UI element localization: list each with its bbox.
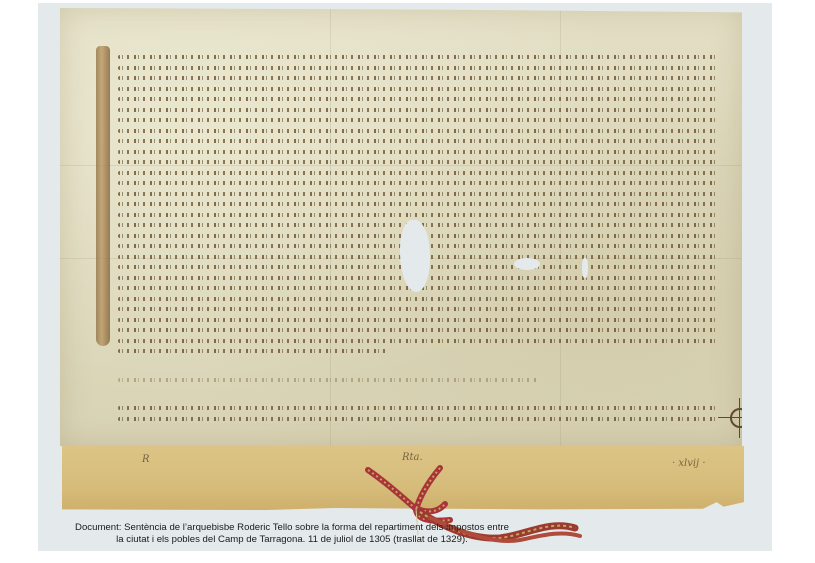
parchment-document [60,8,742,446]
plica-mark-right: · xlvij · [672,458,706,469]
caption-line-1: Document: Sentència de l’arquebisbe Rode… [42,522,542,534]
decorated-initial [96,46,110,346]
parchment-hole [582,258,588,278]
plica-mark-left: R [142,454,150,465]
document-caption: Document: Sentència de l’arquebisbe Rode… [42,522,542,546]
caption-line-2: la ciutat i els pobles del Camp de Tarra… [42,534,542,546]
parchment-hole [514,258,540,270]
parchment-hole [400,220,430,292]
